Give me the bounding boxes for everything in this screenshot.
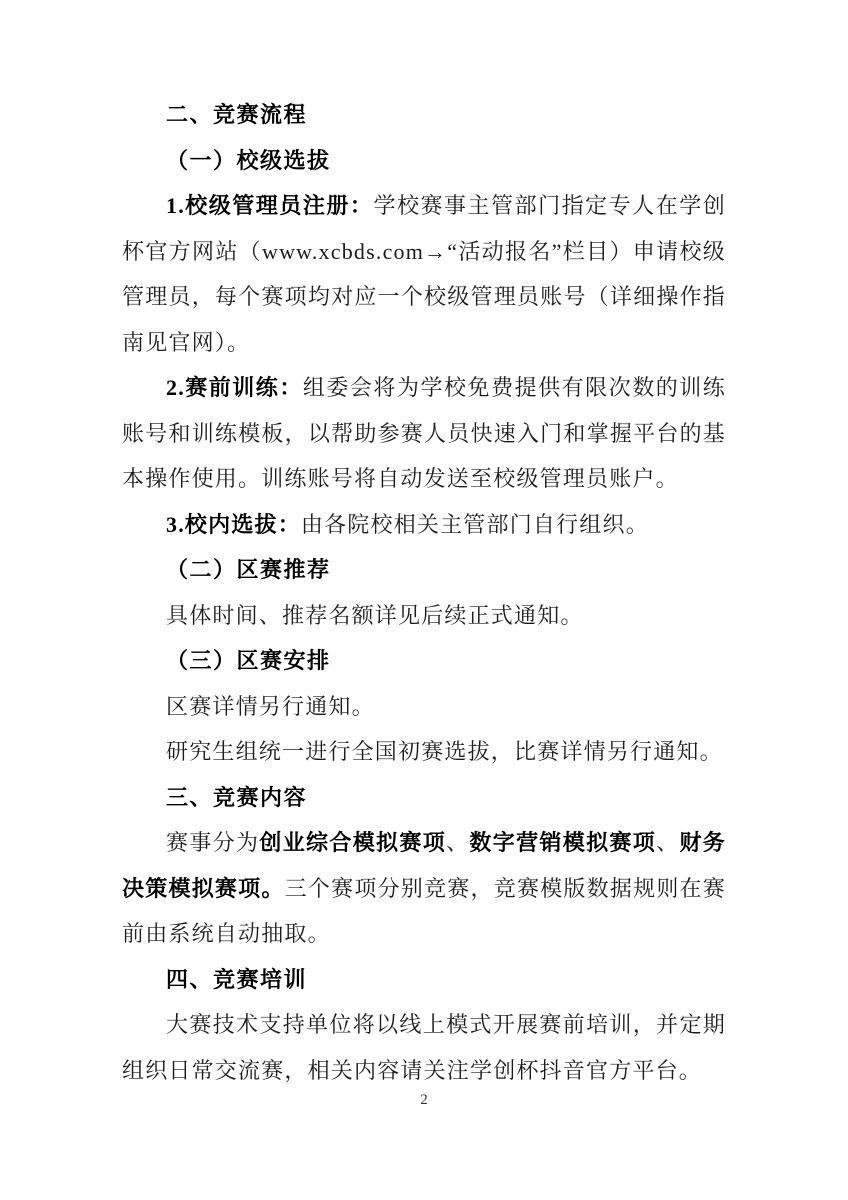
section-heading-4-segment-0: 四、竞赛培训	[166, 967, 307, 992]
paragraph-school-selection-segment-1: 由各院校相关主管部门自行组织。	[301, 512, 649, 537]
page-number: 2	[0, 1092, 848, 1109]
paragraph-competition-content-segment-4: 、	[656, 830, 679, 855]
subsection-heading-2: （二）区赛推荐	[122, 547, 726, 593]
subsection-heading-1: （一）校级选拔	[122, 138, 726, 184]
paragraph-school-selection: 3.校内选拔：由各院校相关主管部门自行组织。	[122, 502, 726, 548]
paragraph-regional-detail: 区赛详情另行通知。	[122, 684, 726, 730]
paragraph-pre-training-segment-0: 2.赛前训练：	[166, 375, 303, 400]
paragraph-competition-content-segment-0: 赛事分为	[166, 830, 259, 855]
section-heading-3-segment-0: 三、竞赛内容	[166, 785, 307, 810]
paragraph-admin-register: 1.校级管理员注册：学校赛事主管部门指定专人在学创杯官方网站（www.xcbds…	[122, 183, 726, 365]
section-heading-4: 四、竞赛培训	[122, 957, 726, 1003]
paragraph-school-selection-segment-0: 3.校内选拔：	[166, 512, 301, 537]
paragraph-regional-recommend-segment-0: 具体时间、推荐名额详见后续正式通知。	[166, 603, 584, 628]
section-heading-2: 二、竞赛流程	[122, 92, 726, 138]
paragraph-regional-detail-segment-0: 区赛详情另行通知。	[166, 694, 375, 719]
section-heading-2-segment-0: 二、竞赛流程	[166, 102, 307, 127]
paragraph-competition-content-segment-2: 、	[446, 830, 469, 855]
paragraph-graduate-group-segment-0: 研究生组统一进行全国初赛选拔，比赛详情另行通知。	[166, 739, 723, 764]
subsection-heading-1-segment-0: （一）校级选拔	[166, 148, 331, 173]
subsection-heading-2-segment-0: （二）区赛推荐	[166, 557, 331, 582]
paragraph-competition-content-segment-3: 数字营销模拟赛项	[469, 830, 656, 855]
paragraph-training-segment-0: 大赛技术支持单位将以线上模式开展赛前培训，并定期组织日常交流赛，相关内容请关注学…	[122, 1012, 726, 1083]
subsection-heading-3-segment-0: （三）区赛安排	[166, 648, 331, 673]
document-content: 二、竞赛流程（一）校级选拔1.校级管理员注册：学校赛事主管部门指定专人在学创杯官…	[122, 92, 726, 1093]
paragraph-graduate-group: 研究生组统一进行全国初赛选拔，比赛详情另行通知。	[122, 729, 726, 775]
paragraph-training: 大赛技术支持单位将以线上模式开展赛前培训，并定期组织日常交流赛，相关内容请关注学…	[122, 1002, 726, 1093]
paragraph-competition-content-segment-1: 创业综合模拟赛项	[259, 830, 446, 855]
paragraph-competition-content: 赛事分为创业综合模拟赛项、数字营销模拟赛项、财务决策模拟赛项。三个赛项分别竞赛，…	[122, 820, 726, 957]
paragraph-admin-register-segment-0: 1.校级管理员注册：	[166, 193, 373, 218]
paragraph-regional-recommend: 具体时间、推荐名额详见后续正式通知。	[122, 593, 726, 639]
subsection-heading-3: （三）区赛安排	[122, 638, 726, 684]
paragraph-pre-training: 2.赛前训练：组委会将为学校免费提供有限次数的训练账号和训练模板，以帮助参赛人员…	[122, 365, 726, 502]
section-heading-3: 三、竞赛内容	[122, 775, 726, 821]
document-page: 二、竞赛流程（一）校级选拔1.校级管理员注册：学校赛事主管部门指定专人在学创杯官…	[0, 0, 848, 1200]
